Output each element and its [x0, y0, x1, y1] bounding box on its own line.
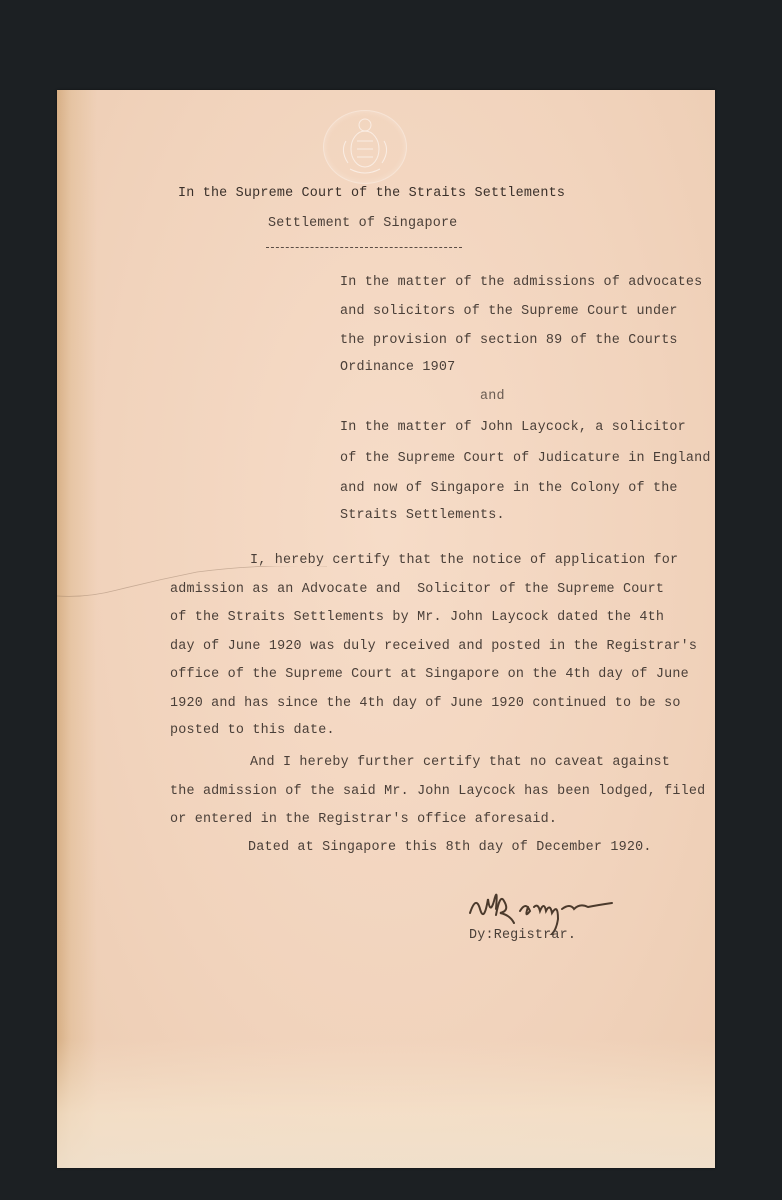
embossed-crest-icon [323, 110, 407, 184]
matter-2-line: In the matter of John Laycock, a solicit… [340, 420, 686, 436]
matter-2-line: Straits Settlements. [340, 508, 505, 524]
paragraph-1-line: office of the Supreme Court at Singapore… [170, 667, 689, 683]
paragraph-2-line: the admission of the said Mr. John Layco… [170, 784, 705, 800]
heading-underline [266, 247, 462, 248]
matter-1-line: and solicitors of the Supreme Court unde… [340, 304, 678, 320]
paragraph-1-line: 1920 and has since the 4th day of June 1… [170, 696, 681, 712]
conjunction-and: and [480, 389, 505, 405]
matter-1-line: the provision of section 89 of the Court… [340, 333, 678, 349]
settlement-heading: Settlement of Singapore [268, 216, 457, 232]
matter-2-line: of the Supreme Court of Judicature in En… [340, 451, 711, 467]
document-page: In the Supreme Court of the Straits Sett… [57, 90, 715, 1168]
signatory-title: Dy:Registrar. [469, 928, 576, 944]
matter-1-line: In the matter of the admissions of advoc… [340, 275, 702, 291]
matter-2-line: and now of Singapore in the Colony of th… [340, 481, 678, 497]
paper-crease [57, 566, 327, 606]
matter-1-line: Ordinance 1907 [340, 360, 455, 376]
paragraph-1-line: day of June 1920 was duly received and p… [170, 639, 697, 655]
court-heading: In the Supreme Court of the Straits Sett… [178, 186, 565, 202]
paragraph-2-line: And I hereby further certify that no cav… [250, 755, 670, 771]
paragraph-1-line: of the Straits Settlements by Mr. John L… [170, 610, 664, 626]
paragraph-2-line: or entered in the Registrar's office afo… [170, 812, 557, 828]
paragraph-1-line: posted to this date. [170, 723, 335, 739]
dated-line: Dated at Singapore this 8th day of Decem… [248, 840, 652, 856]
